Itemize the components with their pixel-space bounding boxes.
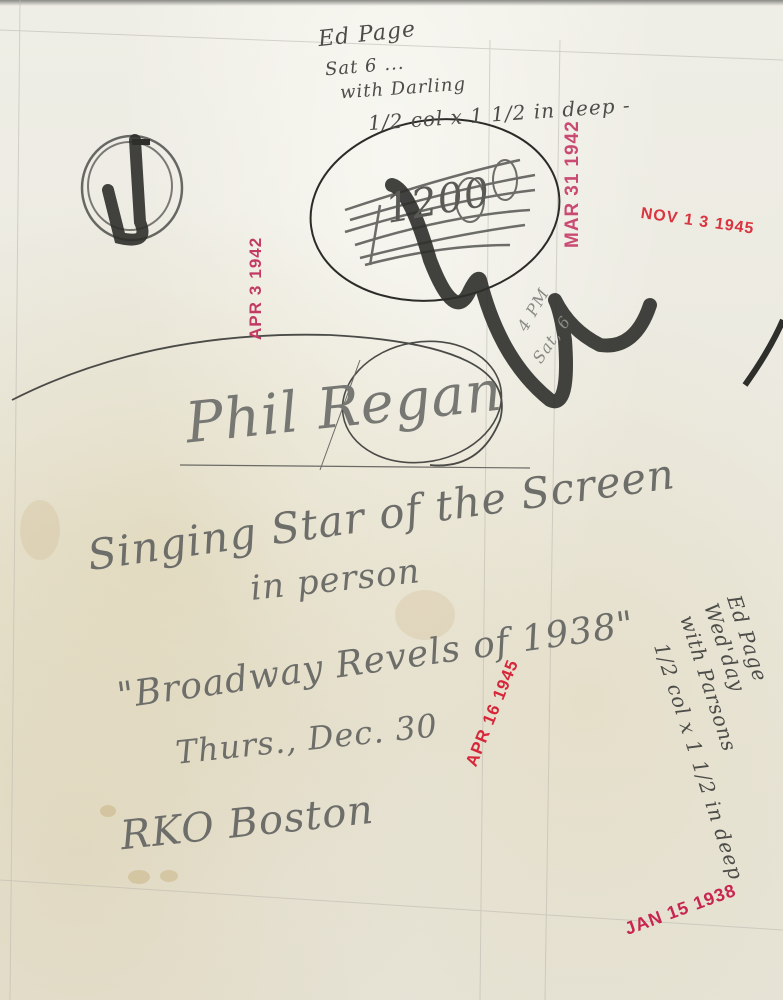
stamp-year: 1942: [246, 237, 265, 279]
circled-crop-mark: [82, 136, 182, 240]
stamp-day: 1 3: [683, 211, 710, 231]
stamp-mar-31-1942: MAR311942: [562, 120, 584, 248]
stamp-month: MAR: [562, 202, 583, 248]
stamp-day: 31: [562, 173, 583, 196]
stamp-day: 3: [246, 285, 265, 295]
stamp-month: APR: [246, 301, 265, 340]
stamp-apr-3-1942: APR31942: [246, 237, 266, 340]
stamp-year: 1942: [562, 120, 583, 166]
photo-back-page: Ed Page Sat 6 ... with Darling 1/2 col x…: [0, 0, 783, 1000]
